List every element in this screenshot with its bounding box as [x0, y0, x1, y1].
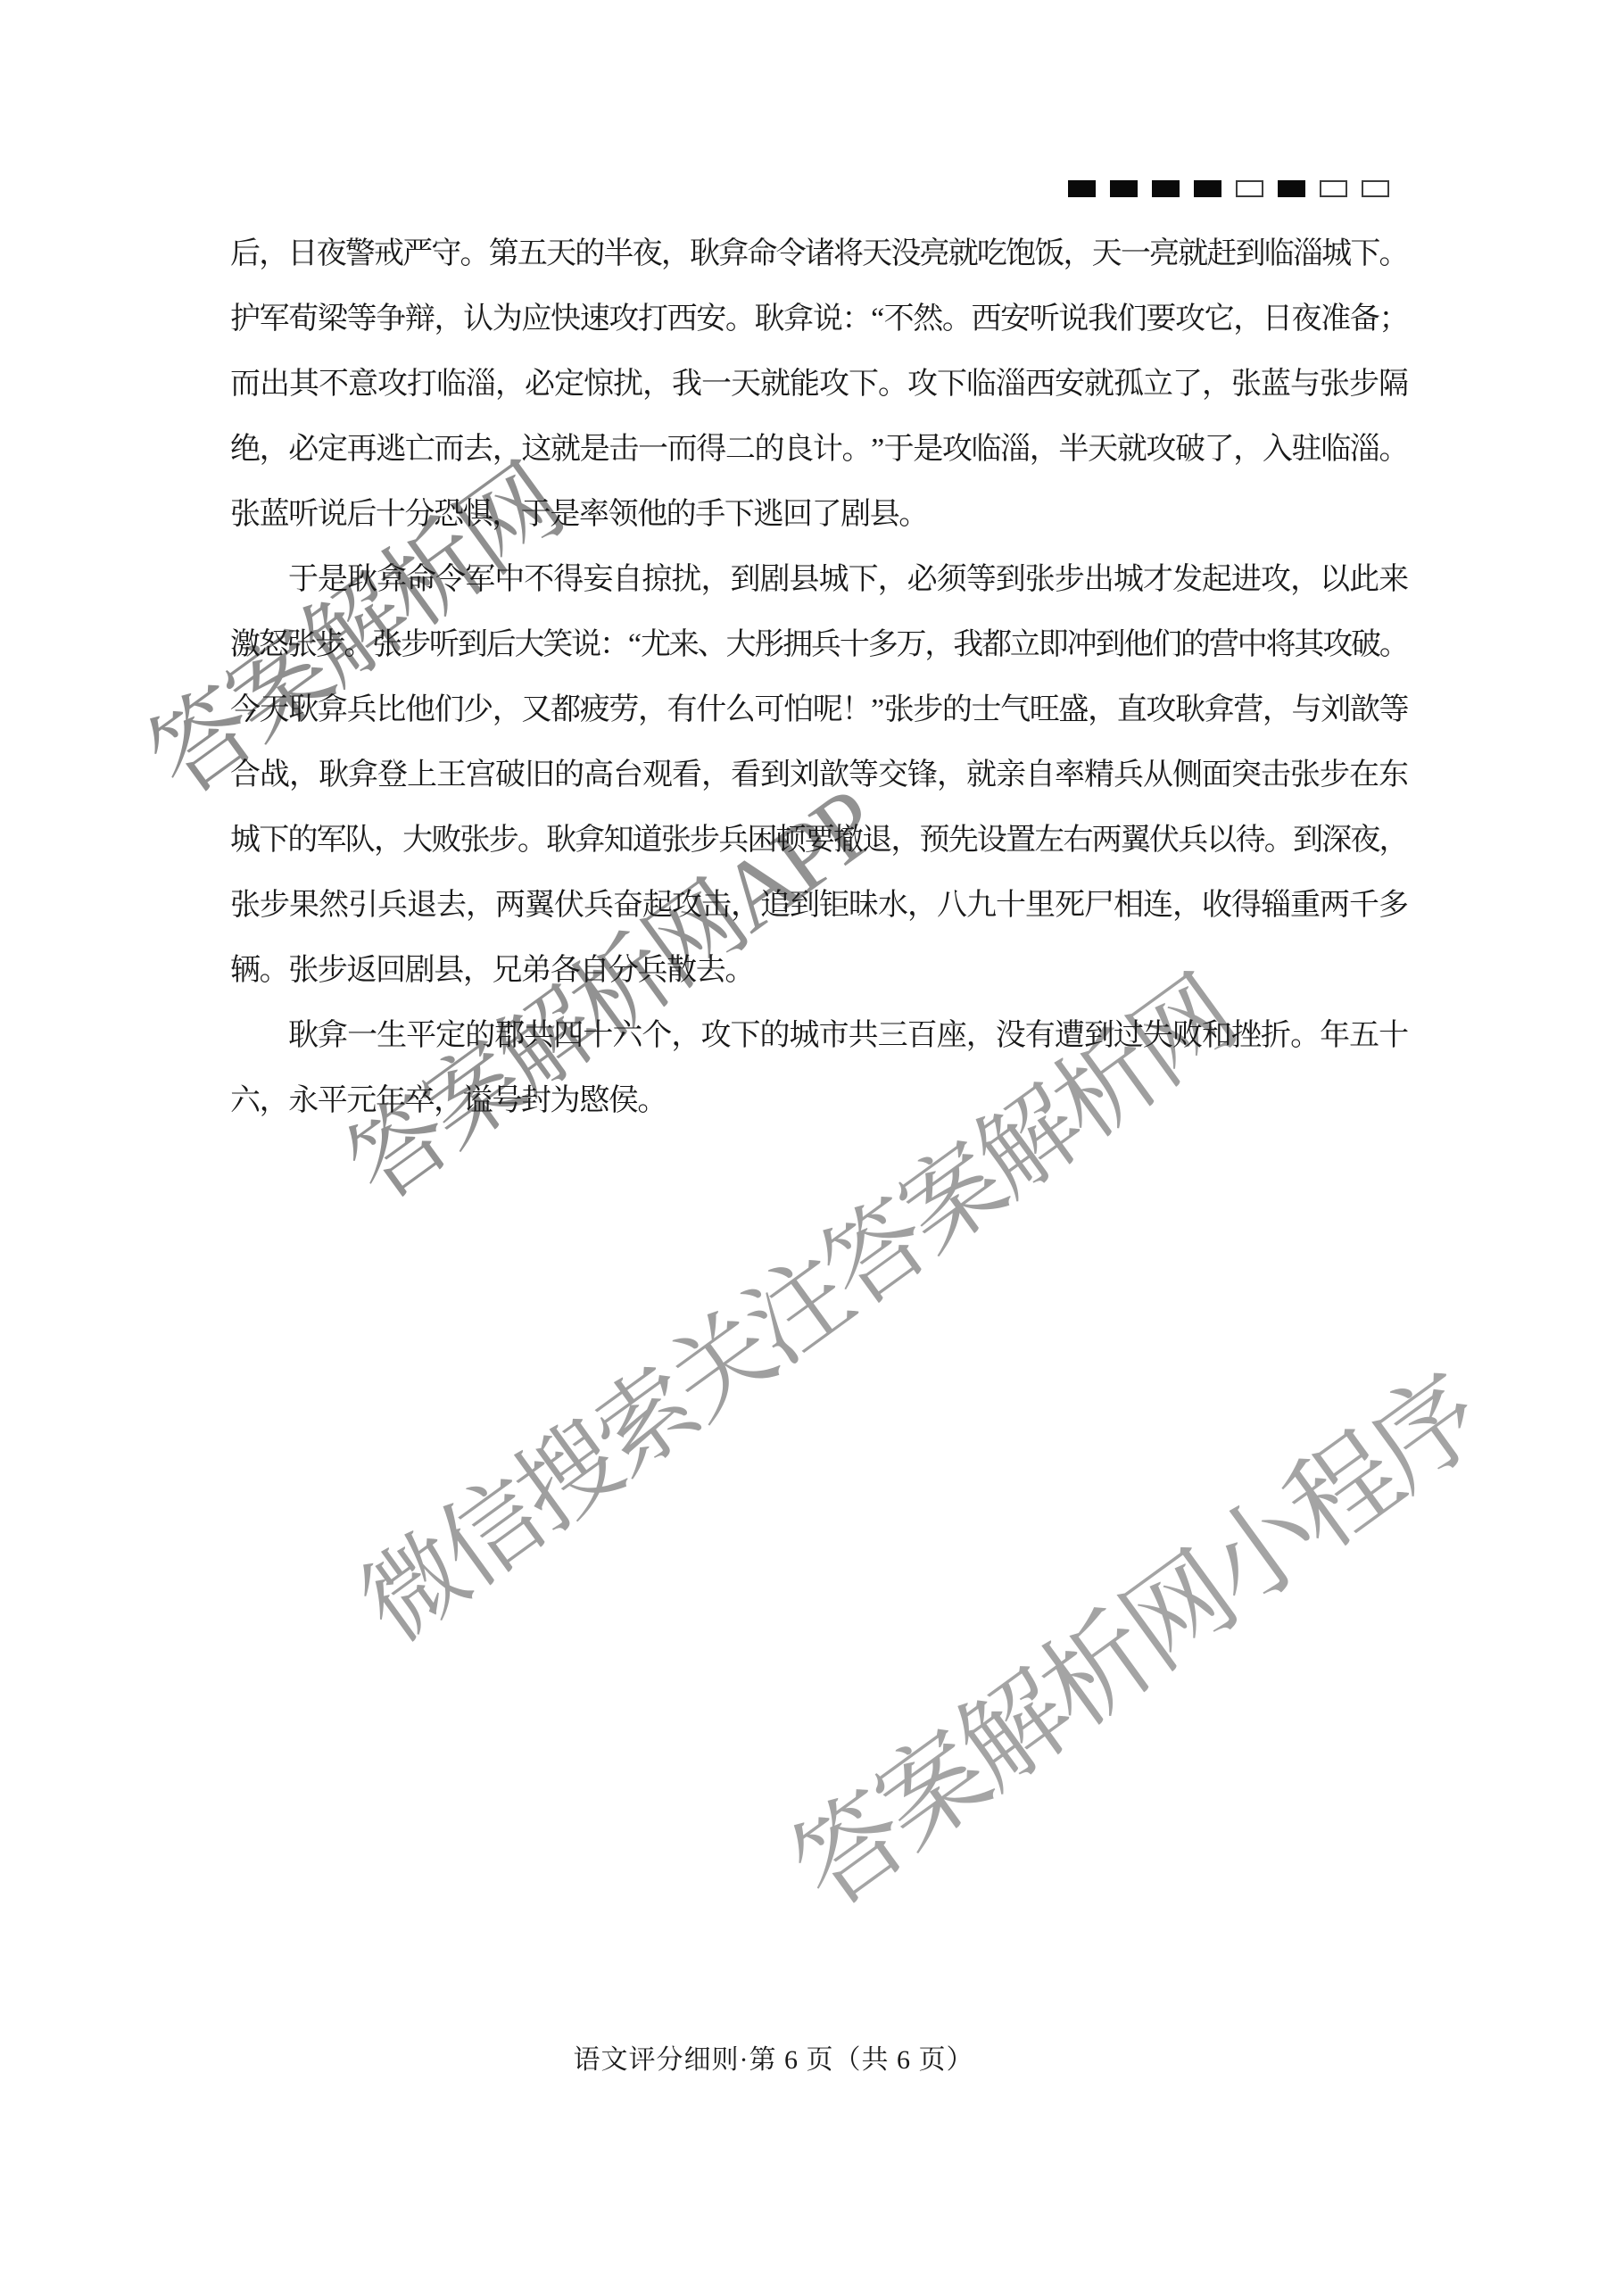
text-line: 今天耿弇兵比他们少，又都疲劳，有什么可怕呢！”张步的士气旺盛，直攻耿弇营，与刘歆…: [230, 677, 1408, 742]
page-footer: 语文评分细则·第 6 页（共 6 页）: [574, 2037, 974, 2076]
document-page: 答案解析网答案解析网APP微信搜索关注答案解析网答案解析网小程序 后，日夜警戒严…: [0, 0, 1623, 2296]
text-line: 辆。张步返回剧县，兄弟各自分兵散去。: [230, 938, 754, 1003]
text-line: 合战，耿弇登上王宫破旧的高台观看，看到刘歆等交锋，就亲自率精兵从侧面突击张步在东: [230, 742, 1408, 808]
text-line: 张蓝听说后十分恐惧，于是率领他的手下逃回了剧县。: [230, 482, 928, 547]
text-line: 后，日夜警戒严守。第五天的半夜，耿弇命令诸将天没亮就吃饱饭，天一亮就赶到临淄城下…: [230, 221, 1408, 286]
text-line: 六，永平元年卒，谥号封为愍侯。: [230, 1068, 667, 1133]
text-line: 绝，必定再逃亡而去，这就是击一而得二的良计。”于是攻临淄，半天就攻破了，入驻临淄…: [230, 417, 1408, 482]
text-line: 于是耿弇命令军中不得妄自掠扰，到剧县城下，必须等到张步出城才发起进攻，以此来: [230, 547, 1408, 612]
watermark-text: 答案解析网小程序: [758, 1333, 1506, 1935]
text-line: 张步果然引兵退去，两翼伏兵奋起攻击，追到钜昧水，八九十里死尸相连，收得辎重两千多: [230, 873, 1408, 938]
text-line: 激怒张步。张步听到后大笑说：“尤来、大彤拥兵十多万，我都立即冲到他们的营中将其攻…: [230, 612, 1408, 677]
text-line: 耿弇一生平定的郡共四十六个，攻下的城市共三百座，没有遭到过失败和挫折。年五十: [230, 1003, 1408, 1068]
footer-text: 语文评分细则·第 6 页（共 6 页）: [574, 2045, 974, 2075]
text-line: 城下的军队，大败张步。耿弇知道张步兵困顿要撤退，预先设置左右两翼伏兵以待。到深夜…: [230, 808, 1408, 873]
text-line: 护军荀梁等争辩，认为应快速攻打西安。耿弇说：“不然。西安听说我们要攻它，日夜准备…: [230, 286, 1408, 352]
document-text: 后，日夜警戒严守。第五天的半夜，耿弇命令诸将天没亮就吃饱饭，天一亮就赶到临淄城下…: [230, 221, 1408, 1133]
text-line: 而出其不意攻打临淄，必定惊扰，我一天就能攻下。攻下临淄西安就孤立了，张蓝与张步隔: [230, 352, 1408, 417]
